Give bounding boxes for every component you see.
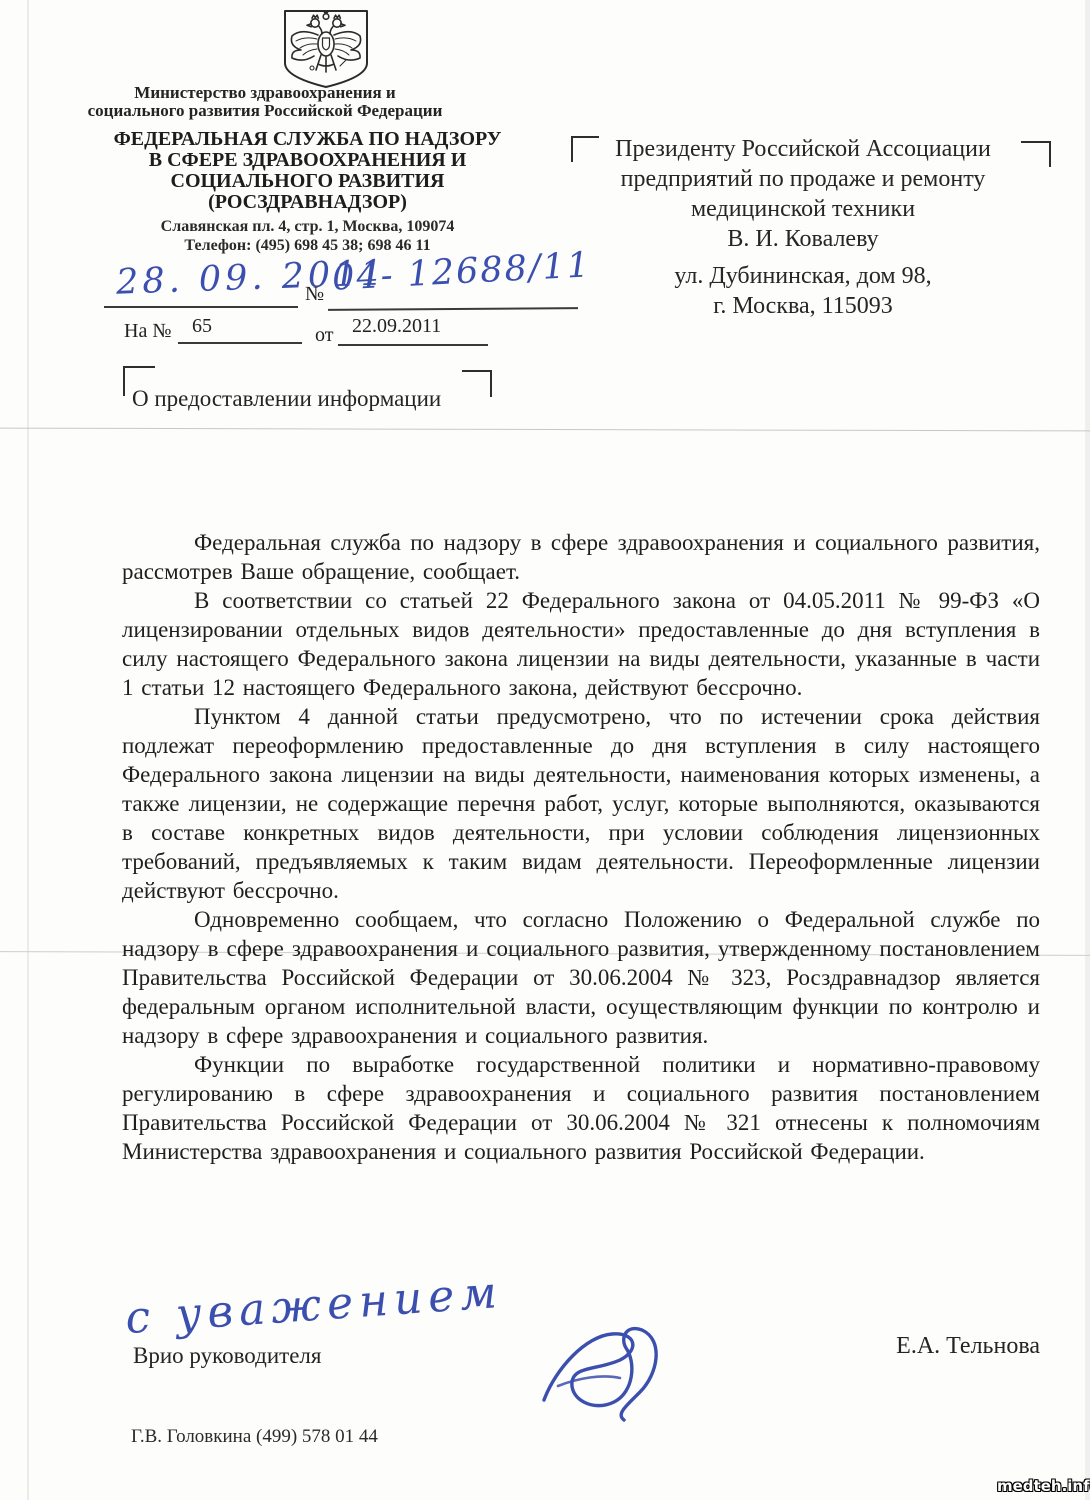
signer-name: Е.А. Тельнова — [870, 1333, 1040, 1360]
body-paragraph: Федеральная служба по надзору в сфере зд… — [122, 528, 1040, 586]
recipient-corner-mark-right — [1021, 141, 1051, 167]
recipient-line: Президенту Российской Ассоциации — [583, 134, 1023, 164]
russia-coat-of-arms-icon — [281, 8, 371, 90]
scan-edge-line — [27, 0, 29, 1500]
ministry-name: Министерство здравоохранения и социально… — [55, 84, 475, 120]
service-name-line4: (РОСЗДРАВНАДЗОР) — [85, 192, 530, 213]
recipient-line: медицинской техники — [583, 194, 1023, 224]
recipient-line: В. И. Ковалеву — [583, 224, 1023, 254]
incoming-date-underline — [338, 344, 488, 346]
recipient-block: Президенту Российской Ассоциации предпри… — [583, 134, 1023, 321]
incoming-number-label: На № — [124, 320, 171, 343]
body-paragraph: Функции по выработке государственной пол… — [122, 1050, 1040, 1166]
scan-edge-line-right — [1085, 0, 1090, 1500]
body-paragraph: В соответствии со статьей 22 Федеральног… — [122, 586, 1040, 702]
handwritten-signature-icon — [528, 1316, 698, 1431]
signer-position: Врио руководителя — [133, 1343, 321, 1369]
date-underline — [104, 306, 298, 308]
from-label: от — [315, 324, 333, 347]
service-name: ФЕДЕРАЛЬНАЯ СЛУЖБА ПО НАДЗОРУ В СФЕРЕ ЗД… — [85, 129, 530, 213]
number-underline — [328, 307, 578, 311]
letterhead-contacts: Славянская пл. 4, стр. 1, Москва, 109074… — [85, 217, 530, 255]
valediction-handwritten: с уважением — [124, 1267, 505, 1344]
service-name-line1: ФЕДЕРАЛЬНАЯ СЛУЖБА ПО НАДЗОРУ — [85, 129, 530, 150]
site-watermark: medteh.info — [997, 1477, 1090, 1495]
body-paragraph: Пунктом 4 данной статьи предусмотрено, ч… — [122, 702, 1040, 905]
subject-line: О предоставлении информации — [132, 386, 441, 412]
subject-corner-mark-right — [462, 370, 492, 397]
paper-fold-line-top — [0, 428, 1090, 432]
incoming-number-underline — [178, 342, 302, 344]
scanned-letter-page: Министерство здравоохранения и социально… — [0, 0, 1090, 1500]
ministry-name-line1: Министерство здравоохранения и — [55, 84, 475, 102]
body-paragraph: Одновременно сообщаем, что согласно Поло… — [122, 905, 1040, 1050]
incoming-number-value: 65 — [192, 315, 212, 338]
executor-contact: Г.В. Головкина (499) 578 01 44 — [131, 1426, 378, 1448]
recipient-address-line: ул. Дубининская, дом 98, — [583, 261, 1023, 291]
letter-body: Федеральная служба по надзору в сфере зд… — [122, 528, 1040, 1166]
number-sign-label: № — [305, 283, 324, 306]
service-name-line2: В СФЕРЕ ЗДРАВООХРАНЕНИЯ И — [85, 150, 530, 171]
recipient-line: предприятий по продаже и ремонту — [583, 164, 1023, 194]
incoming-date-value: 22.09.2011 — [352, 315, 441, 338]
ministry-name-line2: социального развития Российской Федераци… — [55, 102, 475, 120]
recipient-address-line: г. Москва, 115093 — [583, 291, 1023, 321]
letterhead-address: Славянская пл. 4, стр. 1, Москва, 109074 — [85, 217, 530, 236]
service-name-line3: СОЦИАЛЬНОГО РАЗВИТИЯ — [85, 171, 530, 192]
